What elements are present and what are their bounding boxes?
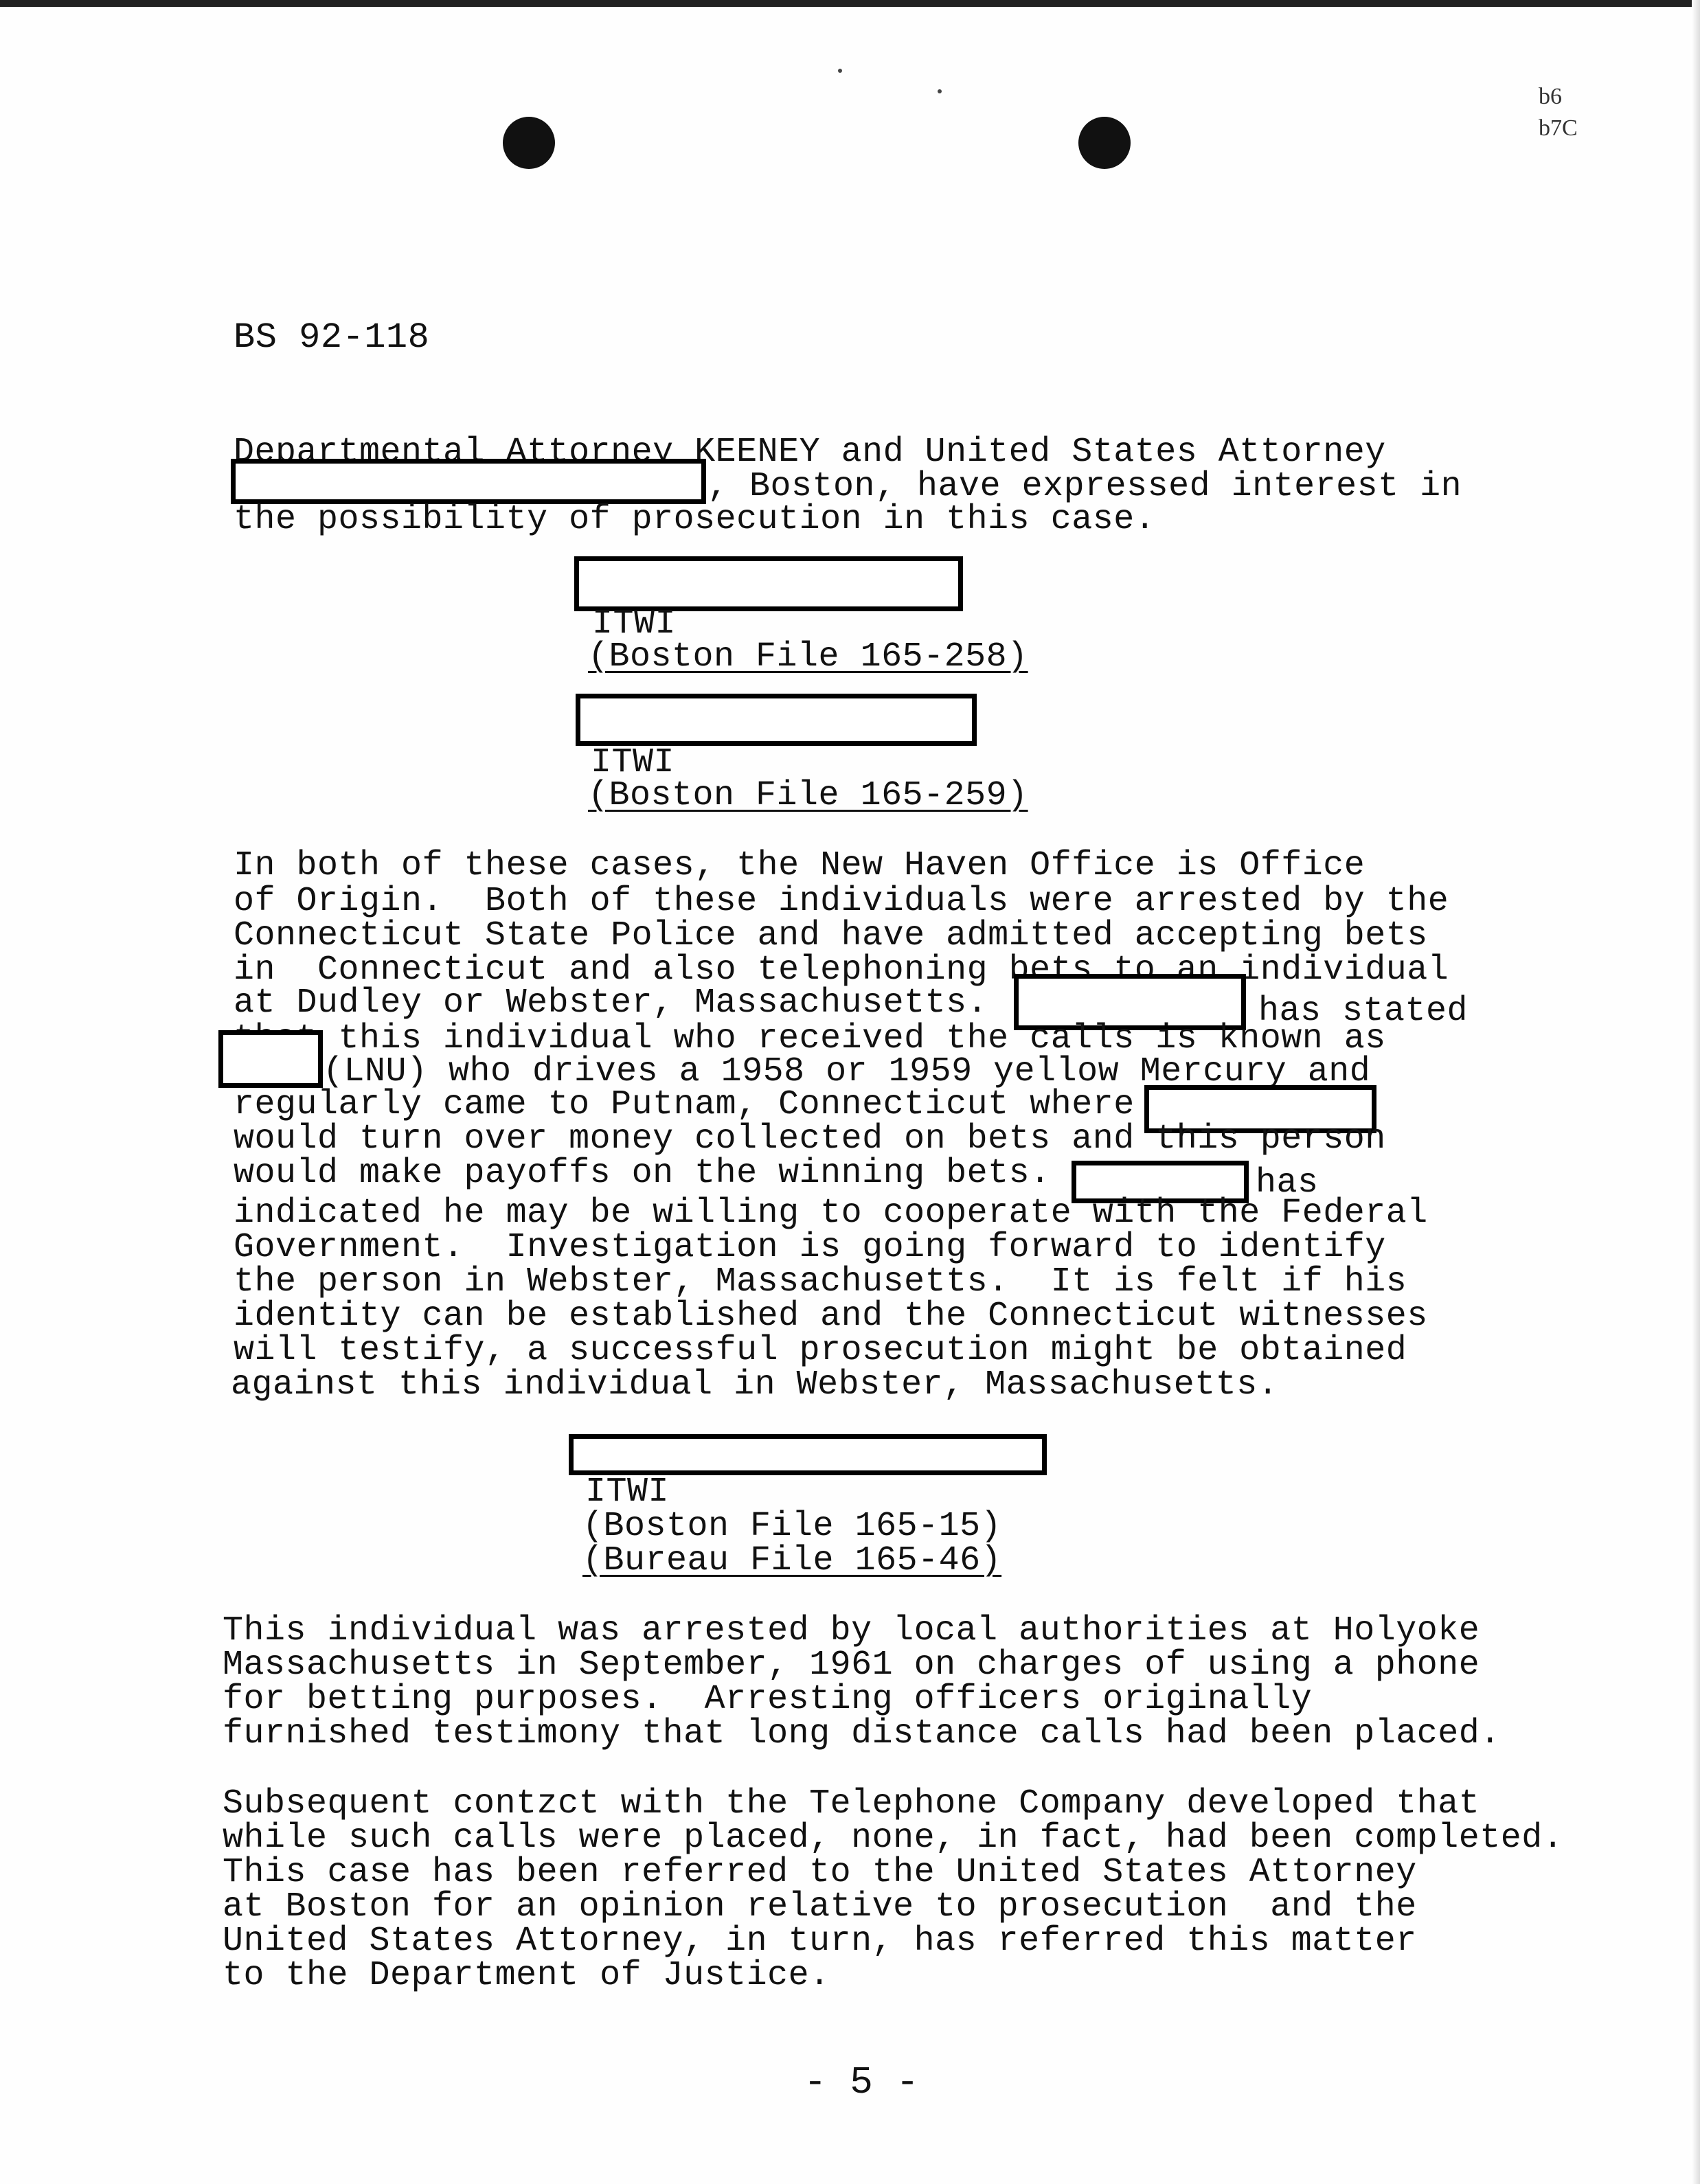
- redaction-box: [231, 459, 706, 504]
- exemption-codes: b6 b7C: [1539, 81, 1578, 144]
- paragraph-1-line: the possibility of prosecution in this c…: [234, 500, 1155, 539]
- scan-edge-top: [0, 0, 1700, 7]
- paragraph-4-line: to the Department of Justice.: [223, 1956, 830, 1995]
- paragraph-2-line: would make payoffs on the winning bets.: [234, 1154, 1051, 1193]
- scan-edge-right: [1692, 0, 1700, 2184]
- redaction-box: [576, 694, 977, 746]
- document-page: b6 b7C BS 92-118 Departmental Attorney K…: [0, 0, 1700, 2184]
- paragraph-2-line: regularly came to Putnam, Connecticut wh…: [234, 1085, 1135, 1124]
- exemption-code: b7C: [1539, 113, 1578, 144]
- case-file-ref: (Boston File 165-258): [588, 637, 1028, 676]
- bureau-file-ref: (Bureau File 165-46): [582, 1541, 1001, 1580]
- paragraph-2-line: identity can be established and the Conn…: [234, 1297, 1428, 1336]
- paragraph-2-line: of Origin. Both of these individuals wer…: [234, 882, 1449, 921]
- paragraph-4-line: United States Attorney, in turn, has ref…: [223, 1922, 1417, 1961]
- paragraph-2-line: Government. Investigation is going forwa…: [234, 1228, 1386, 1267]
- paragraph-3-line: for betting purposes. Arresting officers…: [223, 1680, 1312, 1719]
- exemption-code: b6: [1539, 81, 1578, 113]
- file-number: BS 92-118: [234, 317, 429, 358]
- paragraph-2-line: Connecticut State Police and have admitt…: [234, 916, 1428, 955]
- paragraph-2-line: would turn over money collected on bets …: [234, 1119, 1386, 1159]
- paragraph-3-line: furnished testimony that long distance c…: [223, 1714, 1501, 1753]
- case-file-ref: (Boston File 165-259): [588, 776, 1028, 815]
- paragraph-3-line: This individual was arrested by local au…: [223, 1611, 1480, 1650]
- paragraph-2-line: indicated he may be willing to cooperate…: [234, 1194, 1428, 1233]
- paragraph-4-line: while such calls were placed, none, in f…: [223, 1819, 1563, 1858]
- paragraph-4-line: at Boston for an opinion relative to pro…: [223, 1887, 1417, 1926]
- paragraph-2-line: at Dudley or Webster, Massachusetts.: [234, 983, 988, 1023]
- punch-hole-right: [1078, 117, 1131, 169]
- paragraph-4-line: Subsequent contzct with the Telephone Co…: [223, 1784, 1480, 1823]
- paragraph-2-line: the person in Webster, Massachusetts. It…: [234, 1262, 1407, 1301]
- redaction-box: [218, 1030, 323, 1088]
- case-type: ITWI: [585, 1472, 669, 1512]
- paragraph-2-line: In both of these cases, the New Haven Of…: [234, 846, 1365, 885]
- case-file-ref: (Boston File 165-15): [582, 1507, 1001, 1546]
- scan-speck: [938, 89, 942, 93]
- scan-speck: [838, 69, 842, 73]
- punch-hole-left: [503, 117, 555, 169]
- redaction-box: [569, 1434, 1047, 1475]
- paragraph-3-line: Massachusetts in September, 1961 on char…: [223, 1646, 1480, 1685]
- redaction-box: [574, 556, 963, 611]
- paragraph-2-line: against this individual in Webster, Mass…: [231, 1365, 1278, 1404]
- paragraph-4-line: This case has been referred to the Unite…: [223, 1853, 1417, 1892]
- paragraph-2-line: will testify, a successful prosecution m…: [234, 1331, 1407, 1370]
- page-number: - 5 -: [804, 2060, 919, 2104]
